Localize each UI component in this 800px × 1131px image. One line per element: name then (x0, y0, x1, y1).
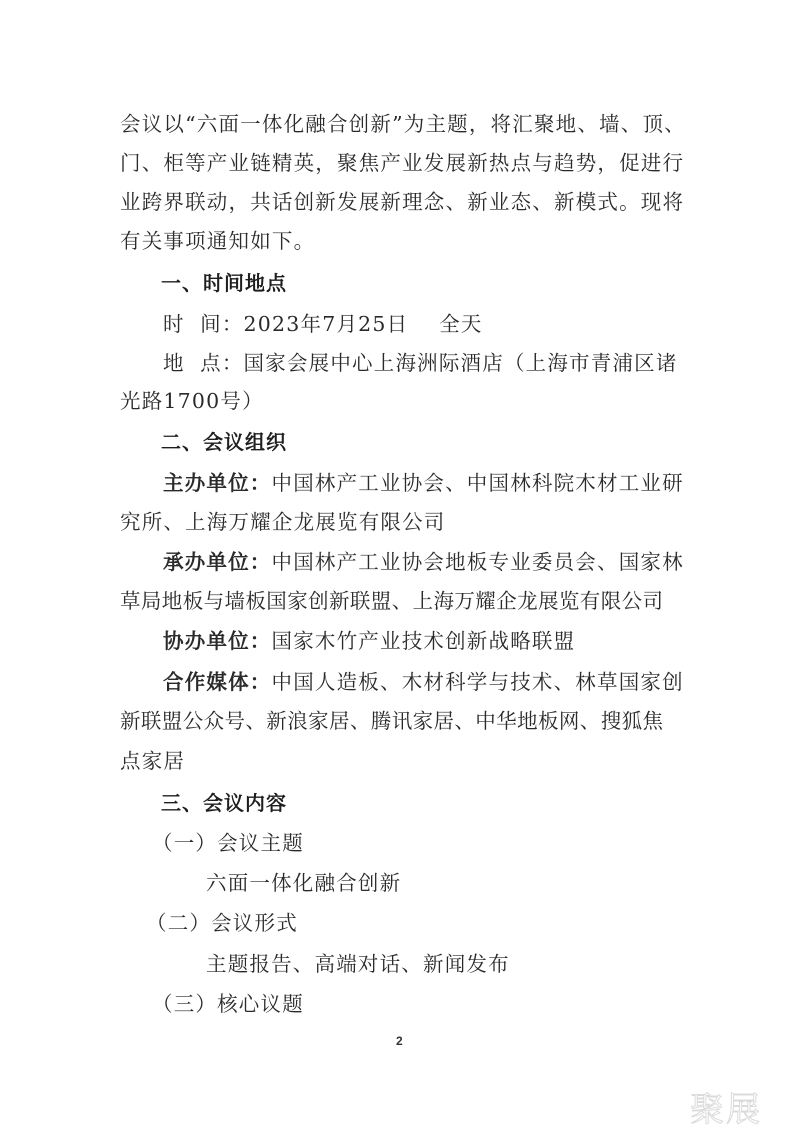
organizer-line-2: 究所、上海万耀企龙展览有限公司 (120, 508, 682, 536)
place-line-2: 光路1700号） (120, 387, 682, 415)
page-number: 2 (396, 1034, 403, 1048)
organizer-label: 主办单位： (163, 471, 272, 495)
subsection-theme-content: 六面一体化融合创新 (206, 869, 768, 897)
time-row: 时 间：2023年7月25日 全天 (163, 310, 725, 338)
organizer-value: 中国林产工业协会、中国林科院木材工业研 (272, 471, 684, 495)
coorganizer-label: 协办单位： (163, 629, 272, 653)
undertaker-label: 承办单位： (163, 550, 272, 574)
coorganizer-value: 国家木竹产业技术创新战略联盟 (272, 629, 576, 653)
section-heading-content: 三、会议内容 (161, 789, 723, 817)
place-label: 地 点： (163, 351, 244, 375)
section-heading-time-place: 一、时间地点 (161, 269, 723, 297)
media-line-2: 新联盟公众号、新浪家居、腾讯家居、中华地板网、搜狐焦 (120, 707, 682, 735)
section-heading-organization: 二、会议组织 (161, 428, 723, 456)
time-value: 2023年7月25日 全天 (244, 312, 483, 336)
subsection-topics-heading: （三）核心议题 (152, 990, 714, 1018)
subsection-theme-heading: （一）会议主题 (152, 829, 714, 857)
media-label: 合作媒体： (163, 670, 272, 694)
place-value: 国家会展中心上海洲际酒店（上海市青浦区诸 (244, 351, 678, 375)
watermark-logo: 聚展 (690, 1082, 762, 1131)
media-value: 中国人造板、木材科学与技术、林草国家创 (272, 670, 684, 694)
intro-line-1: 会议以“六面一体化融合创新”为主题，将汇聚地、墙、顶、 (120, 110, 682, 138)
subsection-format-heading: （二）会议形式 (146, 909, 708, 937)
undertaker-line-2: 草局地板与墙板国家创新联盟、上海万耀企龙展览有限公司 (120, 587, 682, 615)
subsection-format-content: 主题报告、高端对话、新闻发布 (206, 950, 768, 978)
undertaker-value: 中国林产工业协会地板专业委员会、国家林 (272, 550, 684, 574)
intro-line-3: 业跨界联动，共话创新发展新理念、新业态、新模式。现将 (120, 188, 682, 216)
undertaker-row: 承办单位：中国林产工业协会地板专业委员会、国家林 (163, 548, 725, 576)
media-line-3: 点家居 (120, 747, 682, 775)
place-row: 地 点：国家会展中心上海洲际酒店（上海市青浦区诸 (163, 349, 682, 377)
organizer-row: 主办单位：中国林产工业协会、中国林科院木材工业研 (163, 469, 725, 497)
intro-line-2: 门、柜等产业链精英，聚焦产业发展新热点与趋势，促进行 (120, 149, 682, 177)
intro-line-4: 有关事项通知如下。 (120, 227, 682, 255)
time-label: 时 间： (163, 312, 244, 336)
coorganizer-row: 协办单位：国家木竹产业技术创新战略联盟 (163, 627, 725, 655)
media-row: 合作媒体：中国人造板、木材科学与技术、林草国家创 (163, 668, 725, 696)
